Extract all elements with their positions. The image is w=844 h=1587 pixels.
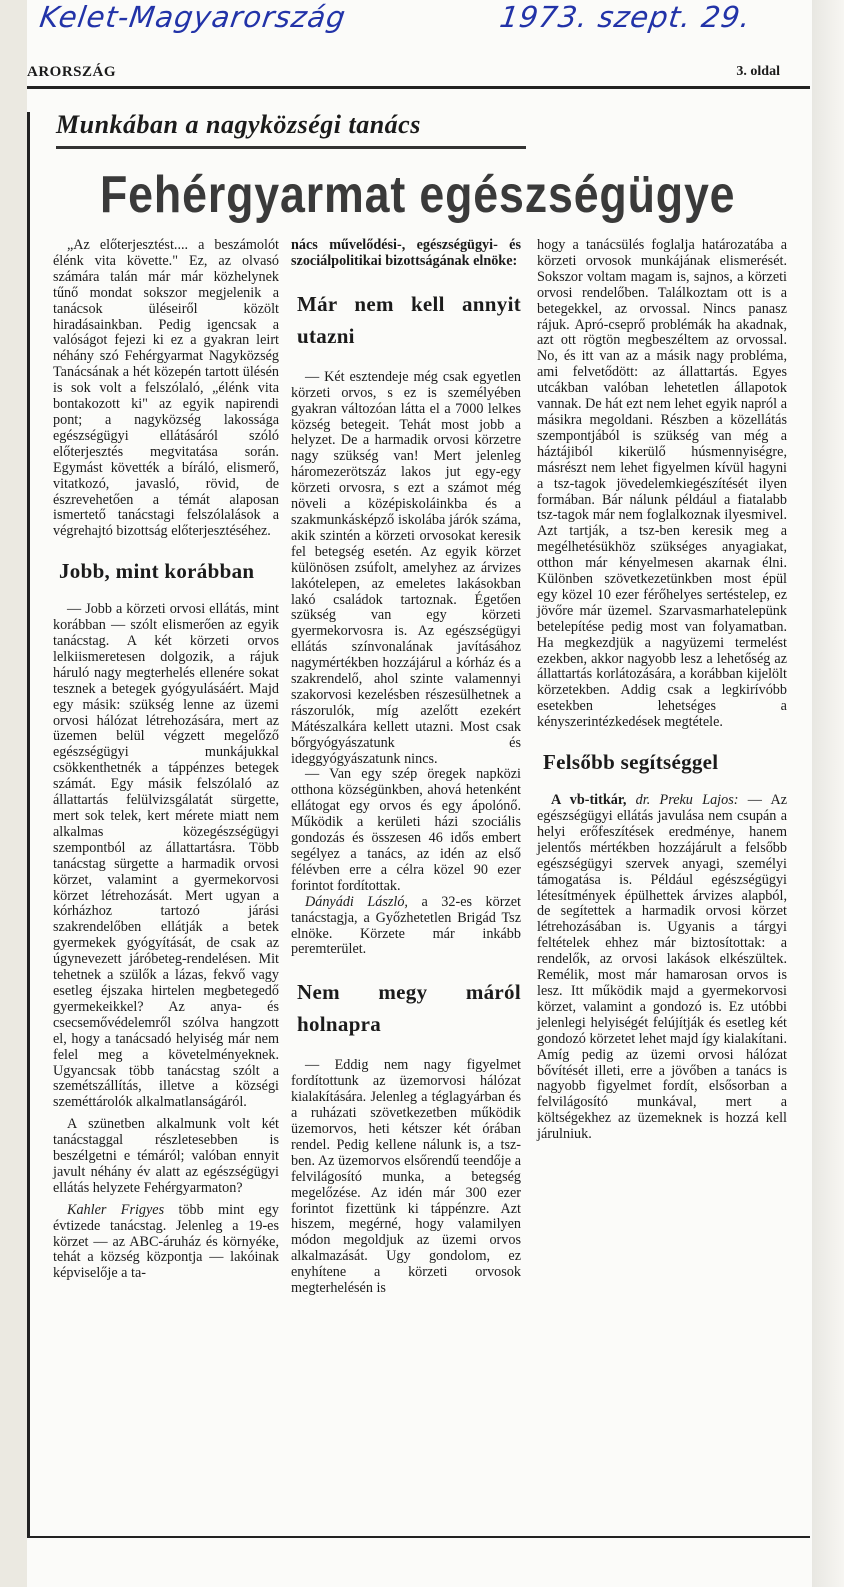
handwritten-date: 1973. szept. 29.	[498, 0, 754, 34]
paragraph-text: — Az egészségügyi ellátás javulása nem c…	[537, 792, 787, 1142]
subheading: Nem megy máról holnapra	[297, 976, 521, 1040]
article-kicker: Munkában a nagyközségi tanács	[56, 110, 421, 140]
paragraph: — Eddig nem nagy figyelmet fordítottunk …	[291, 1058, 521, 1297]
page-masthead: ARORSZÁG 3. oldal	[27, 62, 810, 84]
article-headline: Fehérgyarmat egészségügye	[100, 165, 735, 225]
subheading: Jobb, mint korábban	[59, 558, 279, 584]
kicker-underline	[56, 146, 526, 149]
article-column-2: nács művelődési-, egészségügyi- és szoci…	[291, 238, 521, 1297]
subheading: Már nem kell annyit utazni	[297, 288, 521, 352]
scan-left-edge	[0, 0, 27, 1587]
paragraph: — Jobb a körzeti orvosi ellátás, mint ko…	[53, 602, 279, 1111]
masthead-section: ARORSZÁG	[27, 64, 116, 81]
article-column-1: „Az előterjesztést.... a beszámolót élén…	[53, 238, 279, 1282]
paragraph: A szünetben alkalmunk volt két tanácstag…	[53, 1117, 279, 1197]
scan-right-edge	[812, 0, 844, 1587]
paragraph: — Van egy szép öregek napközi otthona kö…	[291, 767, 521, 894]
article-frame-line	[27, 112, 30, 1538]
person-name: Kahler Frigyes	[67, 1202, 164, 1218]
paragraph: Kahler Frigyes több mint egy évtizede ta…	[53, 1203, 279, 1283]
masthead-rule	[27, 86, 810, 89]
paragraph: — Két esztendeje még csak egyetlen körze…	[291, 370, 521, 768]
person-name: Dányádi László,	[305, 894, 408, 910]
masthead-page-number: 3. oldal	[736, 64, 780, 80]
paragraph-lead: A vb-titkár,	[551, 792, 636, 808]
paragraph: hogy a tanácsülés foglalja határozatába …	[537, 238, 787, 731]
paragraph: Dányádi László, a 32-es körzet tanácstag…	[291, 895, 521, 959]
subheading: Felsőbb segítséggel	[543, 749, 787, 775]
person-name: dr. Preku Lajos:	[636, 792, 739, 808]
paragraph: A vb-titkár, dr. Preku Lajos: — Az egész…	[537, 793, 787, 1143]
article-column-3: hogy a tanácsülés foglalja határozatába …	[537, 238, 787, 1143]
handwritten-annotation: Kelet-Magyarország 1973. szept. 29.	[38, 0, 349, 34]
paragraph: nács művelődési-, egészségügyi- és szoci…	[291, 238, 521, 270]
handwritten-publication: Kelet-Magyarország	[38, 0, 349, 34]
paragraph: „Az előterjesztést.... a beszámolót élén…	[53, 238, 279, 540]
article-bottom-rule	[30, 1536, 810, 1538]
